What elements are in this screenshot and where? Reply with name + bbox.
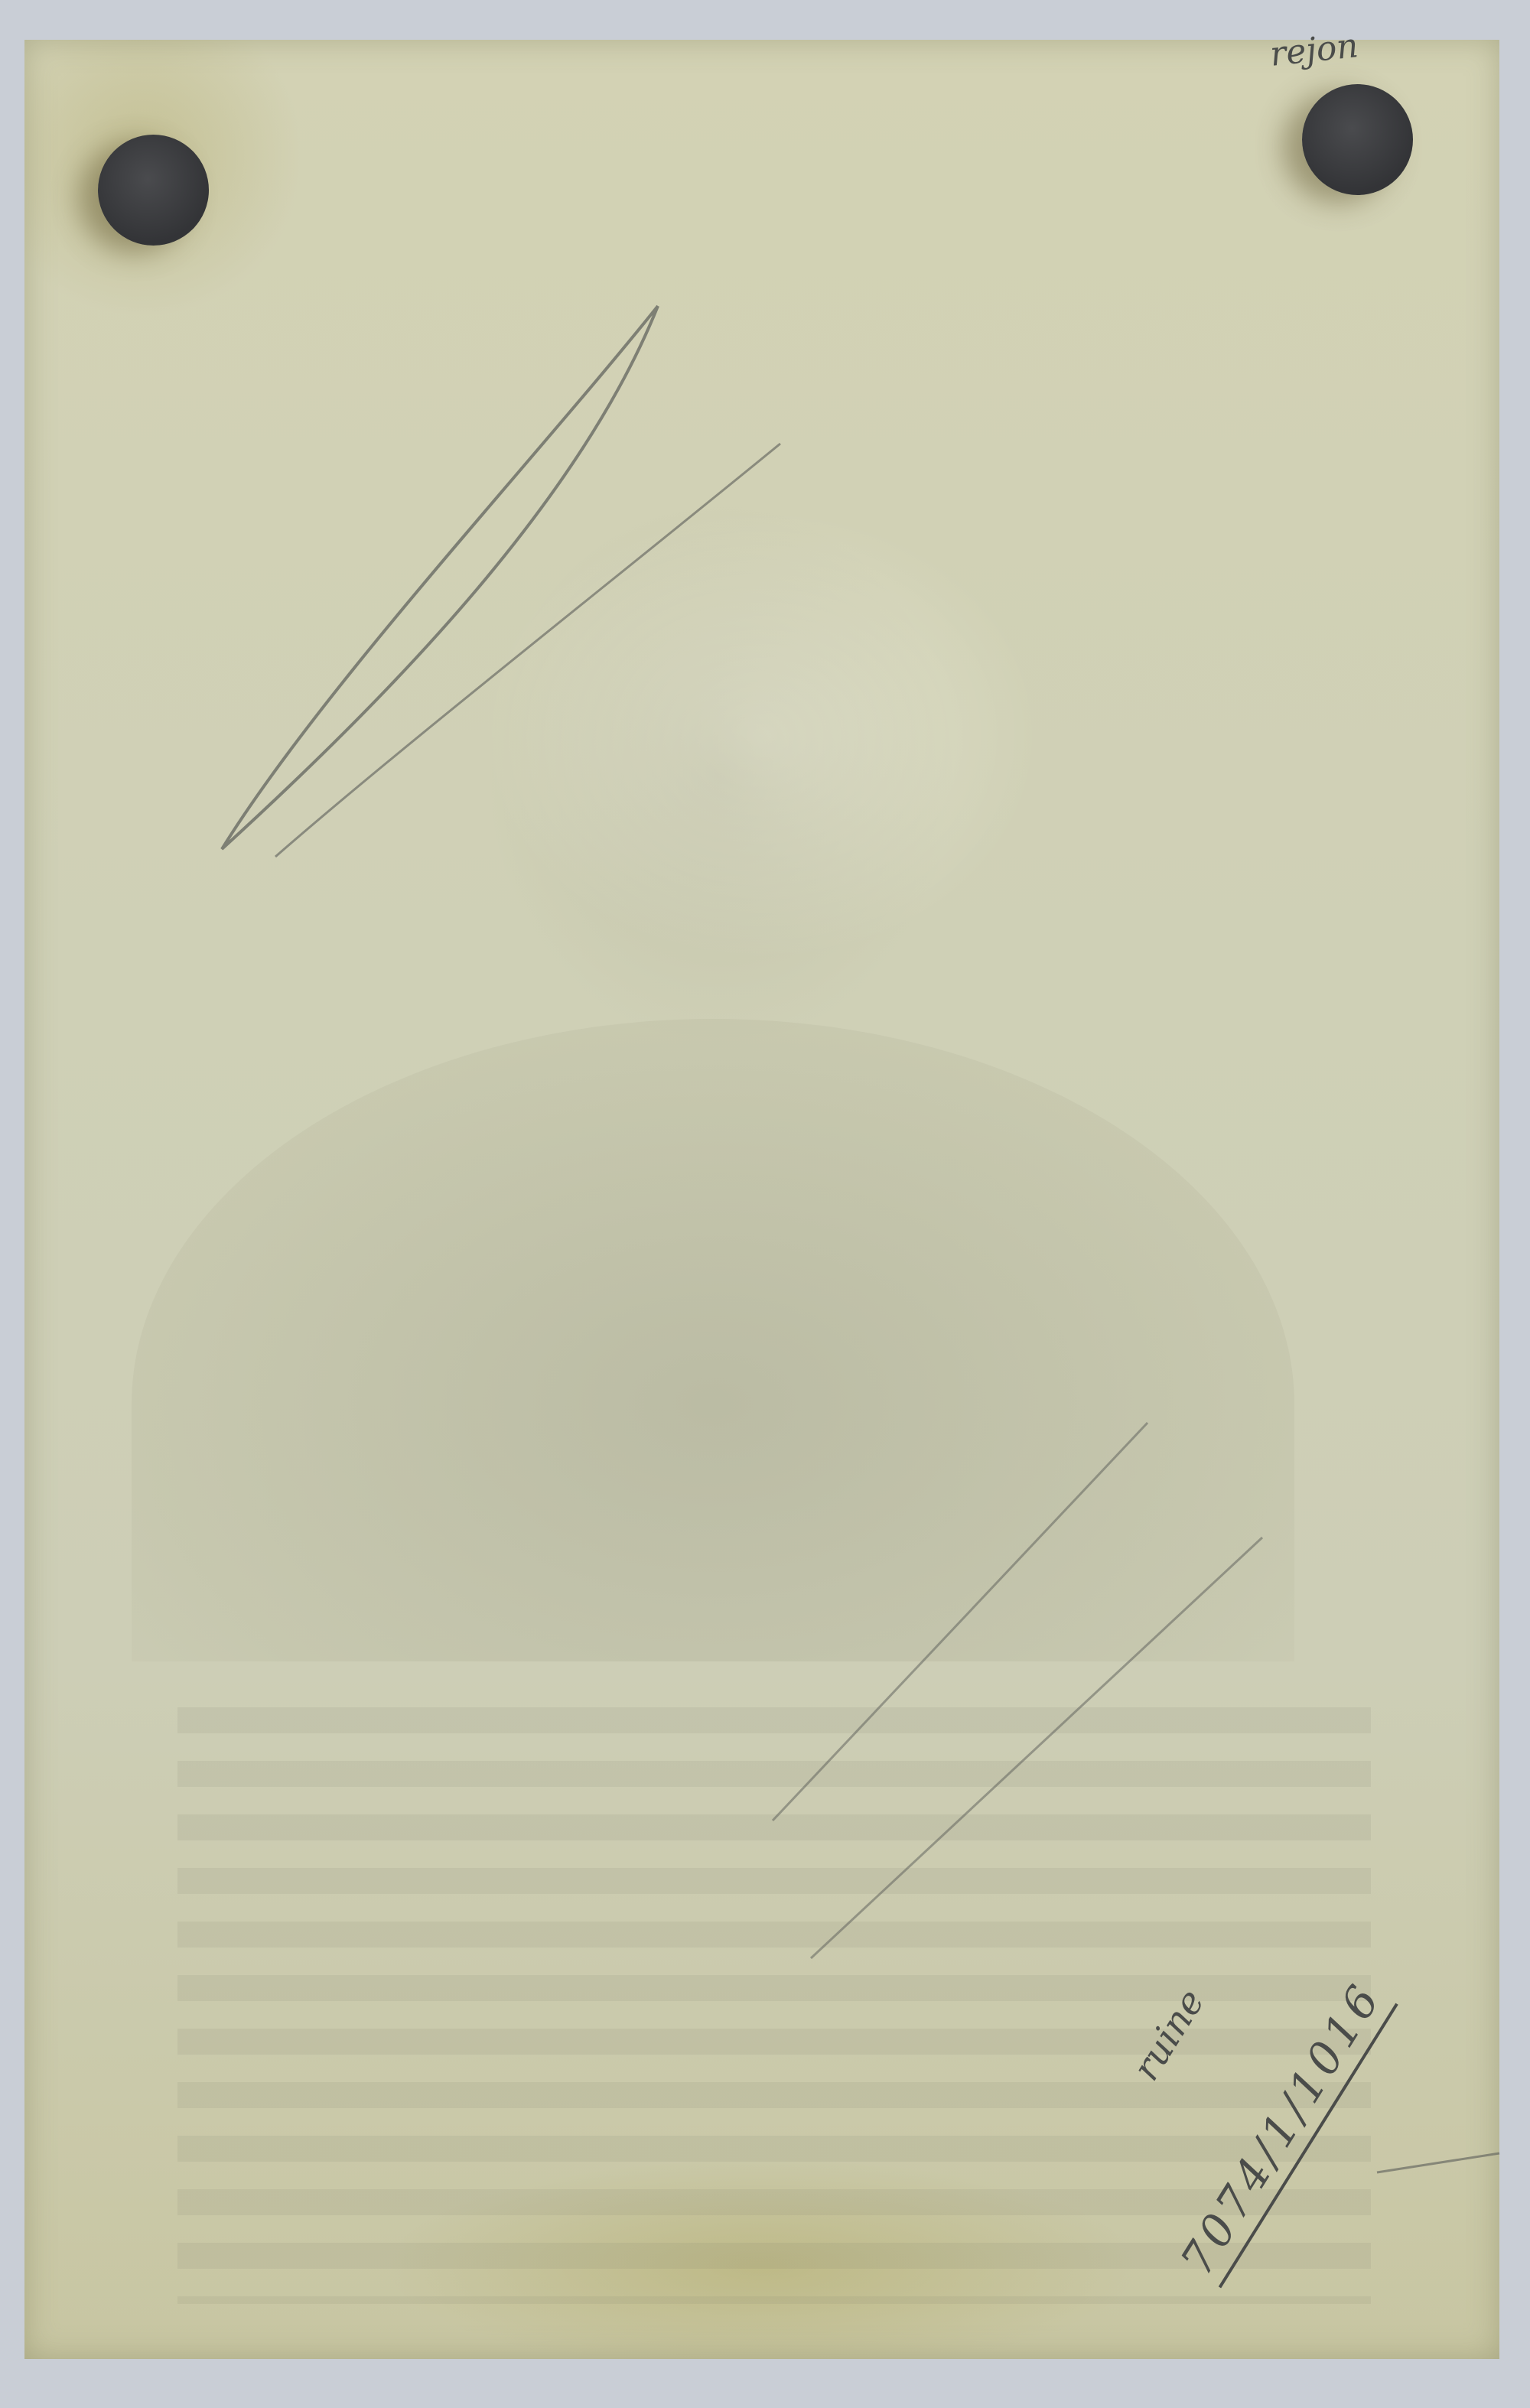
magnet-left [98,135,209,246]
magnet-right [1302,84,1413,195]
